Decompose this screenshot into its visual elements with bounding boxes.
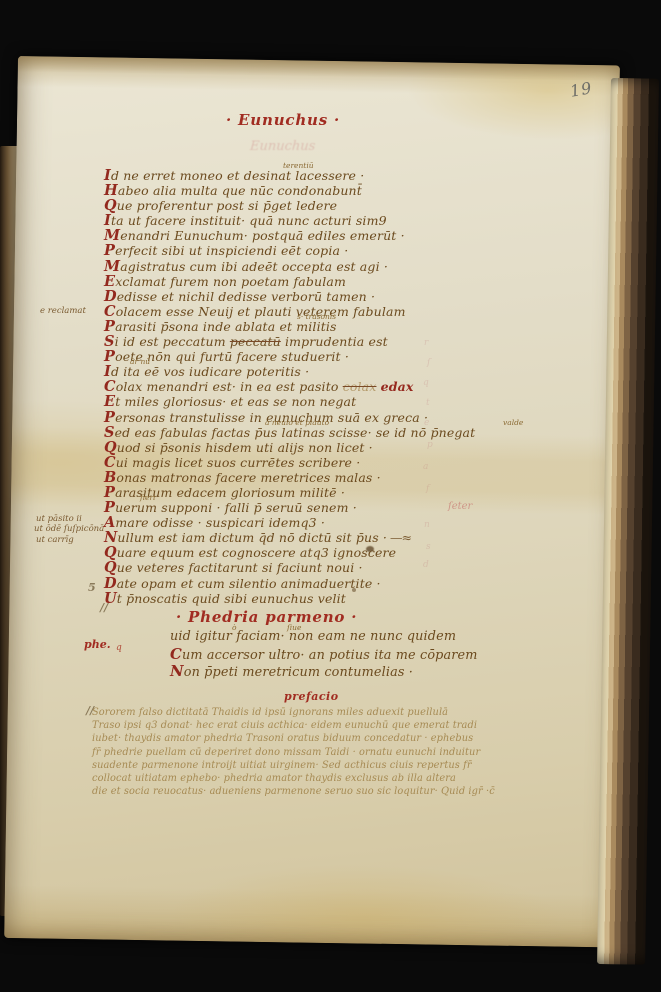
verse-line: suadente parmenone introijt uitiat uirgi… [92,760,495,773]
interlinear-gloss: ò [232,623,237,632]
verse-text: enandri Eunuchum· postquā ediles emerūt … [120,228,405,243]
verse-text: onas matronas facere meretrices malas · [116,470,380,485]
verse-text: ue veteres factitarunt si faciunt noui · [117,560,363,575]
scene-text-block: òſiueuid igitur faciam· non eam ne nunc … [170,629,478,681]
verse-text: iubet· thaydis amator phedria Trasoni or… [92,733,473,744]
verse-line: terentiūId ne erret moneo et desinat lac… [104,167,475,182]
rubricated-initial: C [170,646,182,663]
bleedthrough-glyph: ſ [427,358,430,368]
title-bleedthrough: Eunuchus [249,139,315,154]
page-title: · Eunuchus · [226,111,340,129]
verse-text: uid igitur faciam· non eam ne nunc quide… [170,629,456,644]
prefacio-paragraph: Sororem falso dictitatā Thaidis id ipsū … [92,707,495,799]
verse-text: Traso ipsi q3 donat· hec erat ciuis acth… [92,720,477,731]
page-content-layer: 19 · Eunuchus · Eunuchus terentiūId ne e… [0,0,661,992]
verse-text: uod si p̄sonis hisdem uti alijs non lice… [117,440,373,455]
guide-letter: q [116,643,122,653]
verse-line: Cui magis licet suos currētes scribere · [104,454,475,469]
verse-line: Nullum est iam dictum q̄d nō dictū sit p… [104,529,475,544]
struck-word: peccatū [230,334,281,349]
verse-text: suadente parmenone introijt uitiat uirgi… [92,760,472,771]
margin-note: ut pāsito ii [36,514,82,524]
verse-line: Cum accersor ultro· an potius ita me cōp… [170,646,478,663]
verse-text: collocat uitiatam ephebo· phedria amator… [92,773,456,784]
verse-line: die et socia reuocatus· adueniens parmen… [92,786,495,799]
verse-line: Exclamat furem non poetam fabulam [104,273,475,288]
margin-note: e reclamat [40,306,86,316]
verse-line: Menandri Eunuchum· postquā ediles emerūt… [104,227,475,242]
verse-line: Ita ut facere instituit· quā nunc acturi… [104,212,475,227]
verse-text: xclamat furem non poetam fabulam [115,274,346,289]
verse-line: Que veteres factitarunt si faciunt noui … [104,559,475,574]
verse-line: Colax menandri est· in ea est pasito col… [104,378,475,393]
verse-line: Quare equum est cognoscere atq3 ignoscer… [104,544,475,559]
rubricated-initial: N [170,663,184,680]
interlinear-gloss: terentiū [283,161,314,170]
folio-number: 19 [569,78,594,101]
verse-text: mare odisse · suspicari idemq3 · [115,515,325,530]
verse-text: imprudentia est [281,334,388,349]
verse-text: um accersor ultro· an potius ita me cōpa… [182,648,478,663]
verse-text: ate opam et cum silentio animaduertite · [117,576,381,591]
verse-line: Amare odisse · suspicari idemq3 · [104,514,475,529]
verse-text: ullum est iam dictum q̄d nō dictū sit p̄… [117,530,387,545]
bleedthrough-glyph: r [424,338,428,348]
verse-line: Sororem falso dictitatā Thaidis id ipsū … [92,707,495,720]
bleedthrough-word: ſeter [448,501,472,512]
verse-line: òſiueuid igitur faciam· non eam ne nunc … [170,629,478,646]
verse-line: iubet· thaydis amator phedria Trasoni or… [92,733,495,746]
interlinear-gloss: s· trasonis [297,312,336,321]
margin-note: ut carrīg [36,535,74,545]
verse-line: Dedisse et nichil dedisse verborū tamen … [104,288,475,303]
verse-line: Traso ipsi q3 donat· hec erat ciuis acth… [92,720,495,733]
verse-line: Quod si p̄sonis hisdem uti alijs non lic… [104,439,475,454]
verse-line: s· trasonisParasiti p̄sona inde ablata e… [104,318,475,333]
verse-text: —≈ [387,530,411,545]
verse-text: i id est peccatum [115,334,230,349]
interlinear-gloss: a neuio et plauto [265,418,329,427]
bleedthrough-glyph: q [423,378,429,388]
bleedthrough-glyph: n [424,520,430,530]
margin-note: // [100,601,108,614]
correction-word: edax [381,379,414,394]
struck-word: colax [343,379,377,394]
verse-text: ed eas fabulas factas p̄us latinas sciss… [115,425,476,440]
verse-line: ār nūId ita eē vos iudicare poteritis · [104,363,475,378]
prefacio-heading: prefacio [284,690,339,703]
verse-text: olacem esse Neuij et plauti veterem fabu… [116,304,406,319]
verse-text: fr̄ phedrie puellam cū deperiret dono mi… [92,747,480,758]
verse-line: a neuio et plautovaldeSed eas fabulas fa… [104,424,475,439]
interlinear-gloss: ār nū [130,357,150,366]
bleedthrough-glyph: f [426,484,429,494]
verse-line: Non p̄peti meretricum contumelias · [170,663,478,680]
verse-text: on p̄peti meretricum contumelias · [184,665,413,680]
verse-line: Si id est peccatum peccatū imprudentia e… [104,333,475,348]
verse-text: olax menandri est· in ea est pasito [116,379,343,394]
bleedthrough-glyph: d [423,560,429,570]
bleedthrough-glyph: a [423,462,428,472]
interlinear-gloss: fieri [140,493,155,502]
verse-line: Date opam et cum silentio animaduertite … [104,575,475,590]
verse-line: Parasitum edacem gloriosum militē · [104,484,475,499]
margin-note: // [86,704,94,717]
verse-line: collocat uitiatam ephebo· phedria amator… [92,773,495,786]
verse-text: ta ut facere instituit· quā nunc acturi … [111,213,387,228]
verse-line: Ut p̄noscatis quid sibi eunuchus velit [104,590,475,605]
verse-line: Colacem esse Neuij et plauti veterem fab… [104,303,475,318]
verse-line: Bonas matronas facere meretrices malas · [104,469,475,484]
verse-text: oete nōn qui furtū facere studuerit · [115,349,349,364]
verse-text: agistratus cum ibi adeēt occepta est agi… [120,259,388,274]
verse-text: uare equum est cognoscere atq3 ignoscere [117,545,396,560]
verse-line: Que proferentur post si p̄get ledere [104,197,475,212]
verse-line: Poete nōn qui furtū facere studuerit · [104,348,475,363]
bleedthrough-glyph: p [427,440,433,450]
verse-line: Perfecit sibi ut inspiciendi eēt copia · [104,242,475,257]
verse-text: d ne erret moneo et desinat lacessere · [111,168,364,183]
margin-note: 5 [88,581,96,594]
verse-line: Magistratus cum ibi adeēt occepta est ag… [104,258,475,273]
verse-text: d ita eē vos iudicare poteritis · [111,364,309,379]
margin-note: ut ōdē ſuſpicōnā [34,524,104,534]
verse-text: uerum supponi · falli p̄ seruū senem · [115,500,357,515]
verse-text: edisse et nichil dedisse verborū tamen · [117,289,375,304]
verse-text: erfecit sibi ut inspiciendi eēt copia · [115,243,348,258]
scene-heading: · Phedria parmeno · [176,608,357,626]
verse-line: fr̄ phedrie puellam cū deperiret dono mi… [92,747,495,760]
verse-text: arasiti p̄sona inde ablata et militis [115,319,337,334]
verse-text: abeo alia multa que nūc condonabunt̄ [118,183,362,198]
verse-text: t miles gloriosus· et eas se non negat [115,394,356,409]
prologue-text-block: terentiūId ne erret moneo et desinat lac… [104,167,475,605]
verse-line: Et miles gloriosus· et eas se non negat [104,393,475,408]
speaker-label: phe. [84,638,111,651]
verse-text: t p̄noscatis quid sibi eunuchus velit [117,591,346,606]
verse-text: ui magis licet suos currētes scribere · [116,455,361,470]
verse-text: die et socia reuocatus· adueniens parmen… [92,786,495,797]
interlinear-gloss: valde [503,418,523,427]
bleedthrough-glyph: s [426,542,431,552]
verse-line: fieriPuerum supponi · falli p̄ seruū sen… [104,499,475,514]
manuscript-photo: 19 · Eunuchus · Eunuchus terentiūId ne e… [0,0,661,992]
verse-text: ue proferentur post si p̄get ledere [117,198,337,213]
verse-text: Sororem falso dictitatā Thaidis id ipsū … [92,707,448,718]
interlinear-gloss: ſiue [287,623,301,632]
bleedthrough-glyph: t [426,398,430,408]
verse-line: Habeo alia multa que nūc condonabunt̄ [104,182,475,197]
bleedthrough-glyph: e [424,418,429,428]
